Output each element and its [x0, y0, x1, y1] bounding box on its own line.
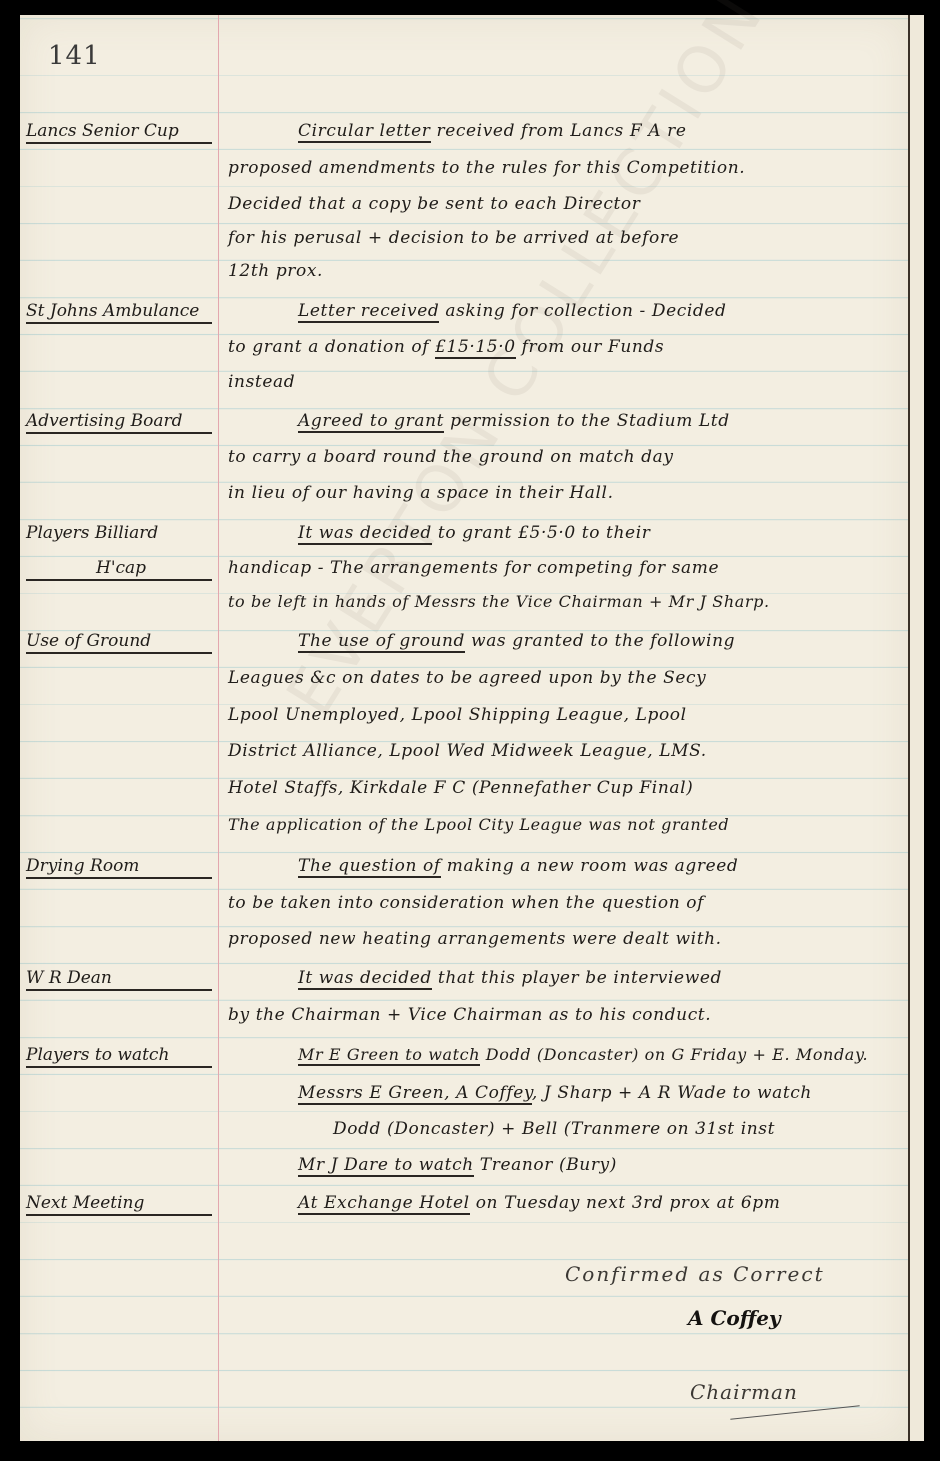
entry-line: to grant a donation of £15·15·0 from our… — [228, 337, 894, 357]
page-number: 141 — [48, 41, 101, 71]
entry-line: in lieu of our having a space in their H… — [228, 483, 894, 503]
entry-heading-advertising-board: Advertising Board — [26, 411, 212, 434]
entry-heading-players-to-watch: Players to watch — [26, 1045, 212, 1068]
entry-line: instead — [228, 372, 894, 392]
entry-heading-players-billiard: Players Billiard — [26, 523, 212, 544]
entry-line: The question of making a new room was ag… — [228, 856, 894, 876]
confirmation-text: Confirmed as Correct — [565, 1262, 825, 1286]
signature-title: Chairman — [690, 1380, 798, 1404]
entry-heading-lancs-senior-cup: Lancs Senior Cup — [26, 121, 212, 144]
entry-line: Circular letter received from Lancs F A … — [228, 121, 894, 141]
entry-line: It was decided to grant £5·5·0 to their — [228, 523, 894, 543]
entry-line: Messrs E Green, A Coffey, J Sharp + A R … — [228, 1083, 894, 1103]
entry-line: Letter received asking for collection - … — [228, 301, 894, 321]
entry-line: Mr J Dare to watch Treanor (Bury) — [228, 1155, 894, 1175]
entry-line: to be left in hands of Messrs the Vice C… — [228, 592, 894, 611]
entry-line: At Exchange Hotel on Tuesday next 3rd pr… — [228, 1193, 894, 1213]
entry-line: The application of the Lpool City League… — [228, 815, 894, 834]
entry-line: Agreed to grant permission to the Stadiu… — [228, 411, 894, 431]
ledger-page: 141 EVERTON COLLECTION CHARITABLE TRUST … — [20, 15, 908, 1441]
entry-heading-st-johns-ambulance: St Johns Ambulance — [26, 301, 212, 324]
entry-line: District Alliance, Lpool Wed Midweek Lea… — [228, 741, 894, 761]
entry-heading-next-meeting: Next Meeting — [26, 1193, 212, 1216]
entry-line: Leagues &c on dates to be agreed upon by… — [228, 668, 894, 688]
page-edge — [908, 15, 924, 1441]
entry-line: by the Chairman + Vice Chairman as to hi… — [228, 1005, 894, 1025]
entry-line: The use of ground was granted to the fol… — [228, 631, 894, 651]
entry-line: handicap - The arrangements for competin… — [228, 558, 894, 578]
entry-line: to carry a board round the ground on mat… — [228, 447, 894, 467]
entry-line: Lpool Unemployed, Lpool Shipping League,… — [228, 705, 894, 725]
entry-heading-w-r-dean: W R Dean — [26, 968, 212, 991]
entry-heading-hcap: H'cap — [26, 558, 212, 581]
entry-line: Hotel Staffs, Kirkdale F C (Pennefather … — [228, 778, 894, 798]
entry-line: Mr E Green to watch Dodd (Doncaster) on … — [228, 1045, 894, 1064]
margin-line — [218, 15, 219, 1441]
entry-line: It was decided that this player be inter… — [228, 968, 894, 988]
entry-line: Dodd (Doncaster) + Bell (Tranmere on 31s… — [228, 1119, 894, 1139]
entry-line: proposed amendments to the rules for thi… — [228, 158, 894, 178]
entry-line: Decided that a copy be sent to each Dire… — [228, 194, 894, 214]
entry-heading-drying-room: Drying Room — [26, 856, 212, 879]
entry-heading-use-of-ground: Use of Ground — [26, 631, 212, 654]
entry-line: 12th prox. — [228, 261, 894, 281]
entry-line: for his perusal + decision to be arrived… — [228, 228, 894, 248]
entry-line: to be taken into consideration when the … — [228, 893, 894, 913]
entry-line: proposed new heating arrangements were d… — [228, 929, 894, 949]
signature-name: A Coffey — [688, 1306, 781, 1330]
